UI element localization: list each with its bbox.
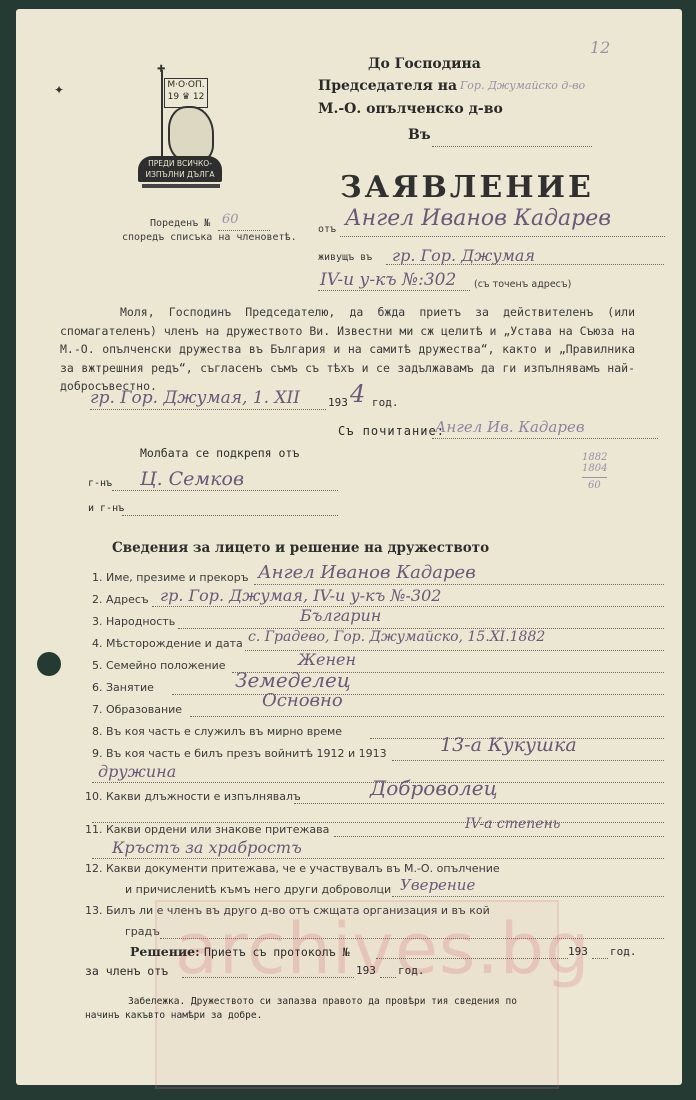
document-title: ЗАЯВЛЕНИЕ [340,170,594,205]
item-4-value: с. Градево, Гор. Джумайско, 15.XI.1882 [248,629,545,645]
item-9-value-2: дружина [98,762,176,781]
residing-label: живущъ въ [318,252,372,263]
margin-note: 1882 1804 60 [582,452,607,491]
decision-text: Приетъ съ протоколъ № [204,945,349,959]
residing-value: гр. Гор. Джумая [392,246,535,265]
item-9-value: 13-а Кукушка [440,734,577,756]
addressee-in-field [432,146,592,147]
address-value: IV-и у-къ №:302 [320,270,456,290]
gn2-label: и г-нъ [88,503,124,514]
item-5-label: 5. Семейно положение [92,659,226,672]
date-year-prefix: 193 [328,396,348,409]
item-9-label: 9. Въ коя часть е билъ презъ войнитѣ 191… [92,747,387,760]
item-6-value: Земеделец [235,668,351,692]
from-field [340,236,665,237]
item-11-value: IV-а степень [465,816,560,832]
gn1-field [112,490,338,491]
protocol-number-field [376,958,568,959]
item-11-field-2 [92,858,664,859]
item-12-label: 12. Какви документи притежава, че е учас… [85,862,500,875]
margin-note-line1: 1882 [582,452,607,463]
item-2-value: гр. Гор. Джумая, IV-и у-къ №-302 [160,586,441,605]
emblem-logo: ✚ М·О·ОП. 19 ♛ 12 ПРЕДИ ВСИЧКО- ИЗПЪЛНИ … [128,64,228,190]
item-12-label-2: и причислениtѣ къмъ него други доброволц… [125,883,391,896]
addressee-society: Гор. Джумайско д-во [460,79,585,92]
item-8-label: 8. Въ коя часть е служилъ въ мирно време [92,725,342,738]
addressee-line1: До Господина [368,56,481,72]
item-11-label: 11. Какви ордени или знакове притежава [85,823,329,836]
item-7-field [190,716,664,717]
address-field [318,290,470,291]
serial-field [218,230,270,231]
lion-icon [168,106,214,162]
emblem-bar [142,184,220,188]
address-hint: (съ точенъ адресъ) [474,279,571,290]
flag-pole [161,70,163,166]
respect-label: Съ почитание: [338,424,445,438]
item-2-label: 2. Адресъ [92,593,149,606]
info-section-title: Сведения за лицето и решение на дружеств… [112,540,489,556]
item-6-field [172,694,664,695]
item-6-label: 6. Занятие [92,681,154,694]
ink-mark: ✦ [54,83,64,97]
item-1-field [254,584,664,585]
addressee-line2-label: Председателя на [318,78,457,94]
gn2-field [122,515,338,516]
gn1-signature: Ц. Семков [140,468,244,490]
item-1-value: Ангел Иванов Кадарев [258,562,476,583]
note-line1: Забележка. Дружеството си запазва правот… [128,996,517,1007]
margin-note-line3: 60 [582,477,607,491]
support-label: Молбата се подкрепя отъ [140,446,299,460]
punch-hole [37,652,61,676]
serial-value: 60 [222,212,239,227]
item-3-label: 3. Народность [92,615,175,628]
addressee-line3: М.-О. опълченско д-во [318,101,503,117]
item-1-label: 1. Име, презиме и прекоръ [92,571,249,584]
signature-field [432,438,658,439]
date-place-value: гр. Гор. Джумая, 1. XII [90,388,300,408]
margin-note-line2: 1804 [582,463,607,474]
item-11-value-2: Кръстъ за храбростъ [112,838,302,857]
emblem-motto: ПРЕДИ ВСИЧКО- ИЗПЪЛНИ ДЪЛГА СИ! [138,156,222,182]
addressee-in-label: Въ [408,127,431,143]
item-10-field [294,803,664,804]
item-10-value: Доброволец [370,776,498,800]
gn1-label: г-нъ [88,478,112,489]
item-3-value: Българин [300,606,381,625]
page-number: 12 [590,38,610,57]
request-paragraph: Моля, Господинъ Председателю, да бжда пр… [60,303,635,396]
decision-year-prefix: 193 [568,945,588,958]
date-year-suffix: год. [372,396,399,409]
date-year-value: 4 [350,380,365,408]
item-9-field [392,760,664,761]
member-year-prefix: 193 [356,964,376,977]
item-7-value: Основно [262,690,343,711]
emblem-motto-line1: ПРЕДИ ВСИЧКО- [138,158,222,169]
item-12-value: Уверение [400,876,475,894]
decision-label: Решение: [130,944,200,959]
note-line2: начинъ какъвто намѣри за добре. [85,1010,262,1021]
applicant-name: Ангел Иванов Кадарев [345,206,611,231]
member-from-label: за членъ отъ [85,964,168,978]
emblem-flag-line1: М·О·ОП. [165,79,207,91]
item-5-value: Женен [298,650,356,669]
date-field [90,409,326,410]
archives-watermark: archives.bg [155,900,559,1089]
item-2-field [152,606,664,607]
item-7-label: 7. Образование [92,703,182,716]
item-11-field [334,836,664,837]
decision-year-suffix: год. [610,945,637,958]
decision-year-field [592,958,608,959]
emblem-flag: М·О·ОП. 19 ♛ 12 [164,78,208,108]
member-year-field [380,977,396,978]
serial-sublabel: споредъ списъка на членоветѣ. [122,232,297,243]
item-4-label: 4. Мѣсторождение и дата [92,637,243,650]
item-10-label: 10. Какви длъжности е изпълнявалъ [85,790,301,803]
member-from-field [182,977,354,978]
applicant-signature: Ангел Ив. Кадарев [435,418,585,436]
serial-label: Поредeнъ № [150,218,210,229]
emblem-flag-line2: 19 ♛ 12 [165,91,207,103]
item-12-field [392,896,664,897]
member-year-suffix: год. [398,964,425,977]
from-label: отъ [318,224,336,235]
